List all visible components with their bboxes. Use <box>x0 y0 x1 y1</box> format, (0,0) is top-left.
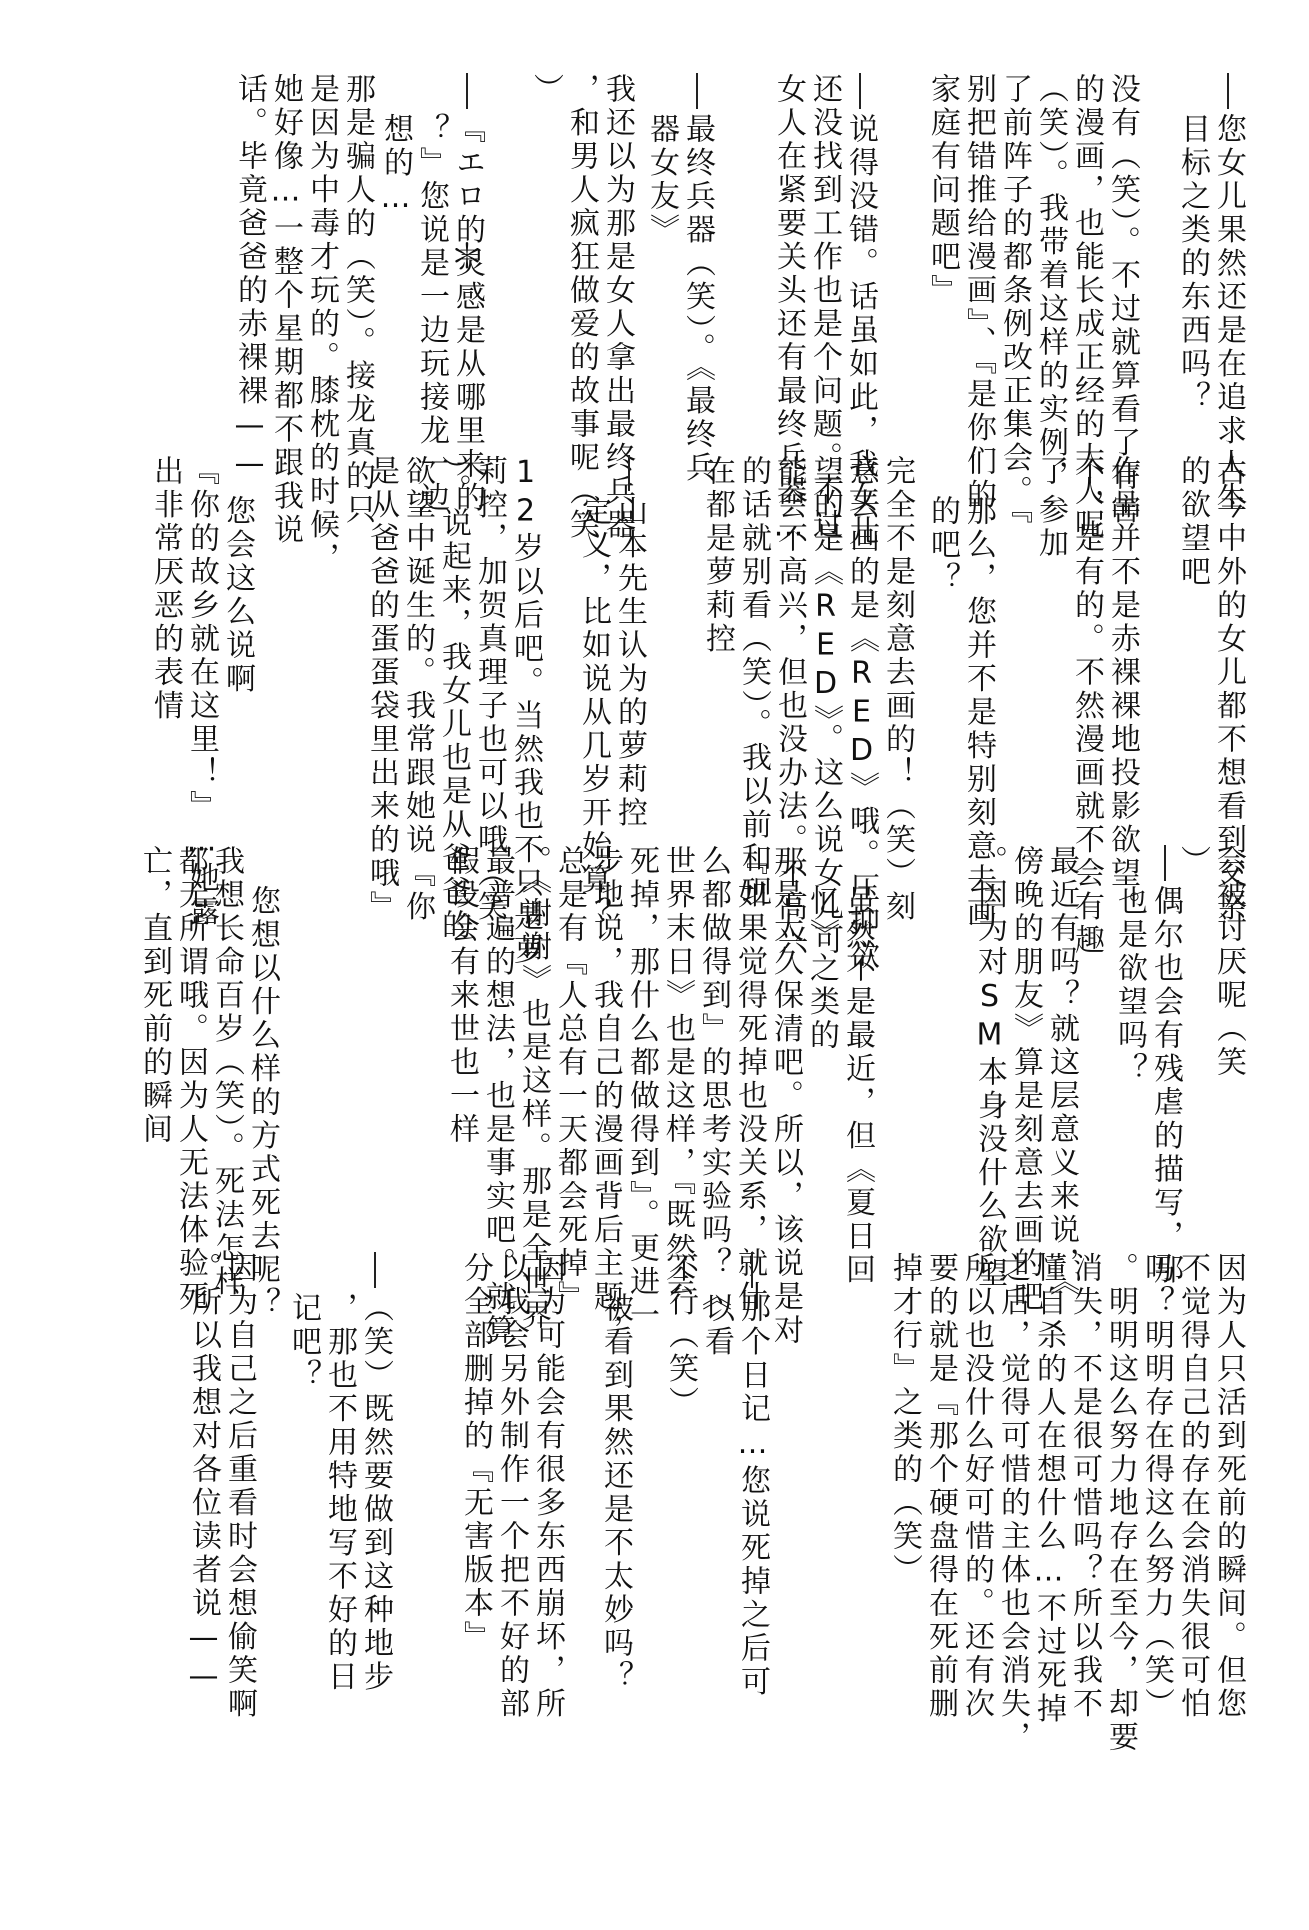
text-column: 懂自杀的人在想什么…不过死掉 <box>1031 1252 1065 1726</box>
text-column: 因为自己之后重看时会想偷笑啊 <box>222 1252 256 1721</box>
text-column: 掉才行』之类的（笑） <box>887 1252 921 1587</box>
text-column: 因为可能会有很多东西崩坏，所 <box>530 1252 564 1721</box>
text-column: 家庭有问题吧』 <box>925 73 959 308</box>
text-column: 想的… <box>378 113 412 219</box>
interviewer-question-column: 偶尔也会有残虐的描写，那 <box>1148 885 1182 1287</box>
text-column: 我想长命百岁（笑）。死法怎样 <box>209 845 243 1299</box>
text-column: 以我会另外制作一个把不好的部 <box>494 1252 528 1721</box>
text-column: ，和男人疯狂做爱的故事呢（笑 <box>564 73 598 542</box>
text-column: 她好像…一整个星期都不跟我说 <box>268 73 302 547</box>
text-column: 了 <box>1033 455 1067 489</box>
text-column: 所以也没什么好可惜的。还有次 <box>959 1252 993 1721</box>
interviewer-question-column: （笑）既然要做到这种地步 <box>358 1292 392 1694</box>
text-column: 记吧？ <box>286 1292 320 1393</box>
text-column: 出非常厌恶的表情 <box>148 455 182 723</box>
text-column: 是从爸爸的蛋蛋袋里出来的哦』 <box>364 455 398 924</box>
text-column: 以看 <box>699 1292 733 1359</box>
text-column: 吗？明明存在得这么努力（笑） <box>1139 1252 1173 1721</box>
text-column: 分全部删掉的『无害版本』 <box>458 1252 492 1654</box>
text-column: 步地说，我自己的漫画背后主题， <box>588 845 622 1348</box>
text-column: 傍晚的朋友》算是刻意去画的吧 <box>1008 845 1042 1314</box>
text-column: 不觉得自己的存在会消失很可怕 <box>1175 1252 1209 1721</box>
text-column: 您会这么说啊 <box>220 495 254 696</box>
text-column: 假设会有来世也一样 <box>444 845 478 1147</box>
text-column: 的欲望吧 <box>1175 455 1209 589</box>
text-column: 会被讨厌呢（笑 <box>1211 845 1245 1080</box>
text-column: 作品并不是赤裸裸地投影欲望。 <box>1105 455 1139 924</box>
em-dash-rule <box>374 1252 376 1288</box>
interviewer-question-column: 最终兵器（笑）。《最终兵 <box>680 113 714 485</box>
text-column: 因为人只活到死前的瞬间。但您 <box>1211 1252 1245 1721</box>
text-column: 虽然不是最近，但《夏日回 <box>840 885 874 1287</box>
interviewer-question-column: 那个日记…您说死掉之后可 <box>735 1292 769 1699</box>
text-column: 器女友》 <box>644 113 678 247</box>
em-dash-rule <box>751 1252 753 1288</box>
text-column: 了前阵子的都条例改正集会。『 <box>997 73 1031 527</box>
text-column: 。明明这么努力地存在至今，却要 <box>1103 1252 1137 1755</box>
em-dash-rule <box>859 73 861 109</box>
text-column: 别把错推给漫画』、『是你们的 <box>961 73 995 512</box>
section-separator-asterisk: ＊ <box>450 240 484 274</box>
text-column: 也是欲望吗？ <box>1112 885 1146 1086</box>
text-column: 之后，觉得可惜的主体也会消失， <box>995 1252 1029 1755</box>
text-column: 望的是《RED》。这么说女儿可 <box>808 455 842 958</box>
text-column: 不行（笑） <box>663 1252 697 1420</box>
text-column: 要的就是『那个硬盘得在死前删 <box>923 1252 957 1721</box>
text-column: 都无所谓哦。因为人无法体验死 <box>173 845 207 1314</box>
em-dash-rule <box>628 455 630 491</box>
document-page: 您女儿果然还是在追求人生目标之类的东西吗？没有（笑）。不过就算看了有害的漫画，也… <box>0 0 1309 1930</box>
text-column: 被看到果然还是不太妙吗？ <box>598 1292 632 1694</box>
text-column: 忆》之类的 <box>804 885 838 1053</box>
text-column: 『如果觉得死掉也没关系，就什 <box>732 845 766 1314</box>
text-column: 是因为中毒才玩的。膝枕的时候， <box>304 73 338 576</box>
text-column: 亡，直到死前的瞬间 <box>137 845 171 1147</box>
text-column: 的吧？ <box>925 495 959 596</box>
em-dash-rule <box>696 73 698 109</box>
text-column: 完全不是刻意去画的！（笑）刻 <box>880 455 914 924</box>
em-dash-rule <box>466 73 468 109</box>
text-column: 那是大久保清吧。所以，该说是对 <box>768 845 802 1348</box>
em-dash-rule <box>1164 845 1166 881</box>
text-column: 的话就别看（笑）。我以前和现 <box>736 455 770 909</box>
text-column: 目标之类的东西吗？ <box>1175 113 1209 415</box>
text-column: 。因为对SM本身没什么欲望 <box>972 845 1006 1291</box>
text-column: ，那也不用特地写不好的日 <box>322 1292 356 1694</box>
text-column: ） <box>1175 845 1209 879</box>
text-column: 最近有吗？就这层意义来说，《 <box>1044 845 1078 1299</box>
text-column: 死掉，那什么都做得到』。更进一 <box>624 845 658 1333</box>
text-column: 欲望中诞生的。我常跟她说『你 <box>400 455 434 924</box>
text-column: 么都做得到』的思考实验吗？《 <box>696 845 730 1314</box>
text-column: 总是有『人总有一天都会死掉』 <box>552 845 586 1314</box>
text-column: 消失，不是很可惜吗？所以我不 <box>1067 1252 1101 1721</box>
interviewer-question-column: 山本先生认为的萝莉控 <box>612 495 646 830</box>
text-column: 在都是萝莉控 <box>700 455 734 656</box>
text-column: 世界末日》也是这样，『既然会 <box>660 845 694 1299</box>
em-dash-rule <box>1227 73 1229 109</box>
text-column: 话。毕竟爸爸的赤裸裸—— <box>232 73 266 485</box>
text-column: ） <box>528 73 562 107</box>
text-column: 。所以我想对各位读者说—— <box>186 1252 220 1698</box>
